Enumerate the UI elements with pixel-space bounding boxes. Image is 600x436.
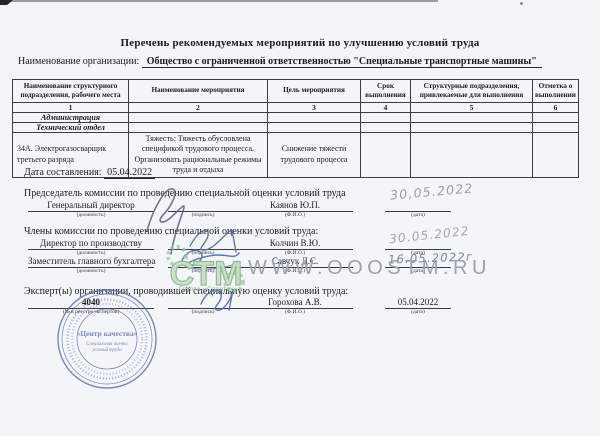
organization-value: Общество с ограниченной ответственностью… — [142, 56, 542, 68]
cell — [533, 133, 579, 178]
cell: Технический отдел — [13, 123, 129, 133]
cell — [411, 113, 533, 123]
compilation-date-line: Дата составления: 05.04.2022 — [24, 167, 155, 178]
position-label: (должность) — [28, 268, 154, 276]
name-value: Горохова А.В. — [237, 295, 353, 309]
cell — [411, 123, 533, 133]
col-header: Срок выполнения — [361, 80, 411, 103]
table-row-technical-dept: Технический отдел — [13, 123, 579, 133]
col-number: 3 — [268, 103, 361, 113]
col-header: Цель мероприятия — [268, 80, 361, 103]
date-value: 05.04.2022 — [385, 295, 451, 309]
stamp-ring-text-artifact — [72, 304, 142, 374]
stamp-center-subtext: Специальная оценка — [86, 342, 128, 347]
cell — [361, 113, 411, 123]
col-number: 6 — [533, 103, 579, 113]
page-title: Перечень рекомендуемых мероприятий по ул… — [0, 37, 600, 49]
col-number: 4 — [361, 103, 411, 113]
cell — [268, 123, 361, 133]
stamp-center-subtext: условий труда — [91, 347, 122, 353]
cell — [268, 113, 361, 123]
date-label: (дата) — [385, 309, 451, 317]
date-label: (дата) — [385, 212, 451, 220]
cell — [361, 133, 411, 178]
col-header: Наименование структурного подразделения,… — [13, 80, 129, 103]
cell — [533, 113, 579, 123]
cell: Администрация — [13, 113, 129, 123]
compilation-date-value: 05.04.2022 — [104, 167, 155, 179]
organization-line: Наименование организации: Общество с огр… — [18, 56, 542, 67]
name-label: (Ф.И.О.) — [237, 212, 353, 220]
scan-edge-artifact — [0, 0, 438, 2]
stamp-ring-text-artifact — [68, 300, 147, 379]
stamp-center-text: «Центр качества» — [77, 329, 138, 338]
watermark-subtext: Группа «Спецтех» — [179, 287, 238, 293]
name-label: (Ф.И.О.) — [237, 309, 353, 317]
col-header: Наименование мероприятия — [129, 80, 268, 103]
col-number: 1 — [13, 103, 129, 113]
stm-watermark-logo: СТМ — [163, 245, 249, 293]
organization-label: Наименование организации: — [18, 56, 139, 67]
cell — [533, 123, 579, 133]
col-number: 5 — [411, 103, 533, 113]
signature-row-chairman: Генеральный директор(должность) (подпись… — [0, 198, 600, 222]
table-header-row: Наименование структурного подразделения,… — [13, 80, 579, 103]
col-header: Структурные подразделения, привлекаемые … — [411, 80, 533, 103]
name-value: Колчин В.Ю. — [237, 236, 353, 250]
col-number: 2 — [129, 103, 268, 113]
cell — [361, 123, 411, 133]
measures-table: Наименование структурного подразделения,… — [12, 79, 579, 178]
cell — [129, 123, 268, 133]
table-row-administration: Администрация — [13, 113, 579, 123]
round-stamp: «Центр качества» Специальная оценка усло… — [55, 287, 159, 391]
scan-corner-artifact — [0, 0, 13, 5]
cell: Снижение тяжести трудового процесса — [268, 133, 361, 178]
position-value: Заместитель главного бухгалтера — [28, 254, 154, 268]
name-value: Каянов Ю.П. — [237, 198, 353, 212]
table-number-row: 1 2 3 4 5 6 — [13, 103, 579, 113]
compilation-date-label: Дата составления: — [24, 167, 102, 178]
scan-speck-artifact — [520, 2, 523, 5]
col-header: Отметка о выполнении — [533, 80, 579, 103]
scanned-document-page: Перечень рекомендуемых мероприятий по ул… — [0, 0, 600, 436]
watermark-url: WWW.OOOSTM.RU — [248, 257, 491, 280]
cell — [411, 133, 533, 178]
cell — [129, 113, 268, 123]
